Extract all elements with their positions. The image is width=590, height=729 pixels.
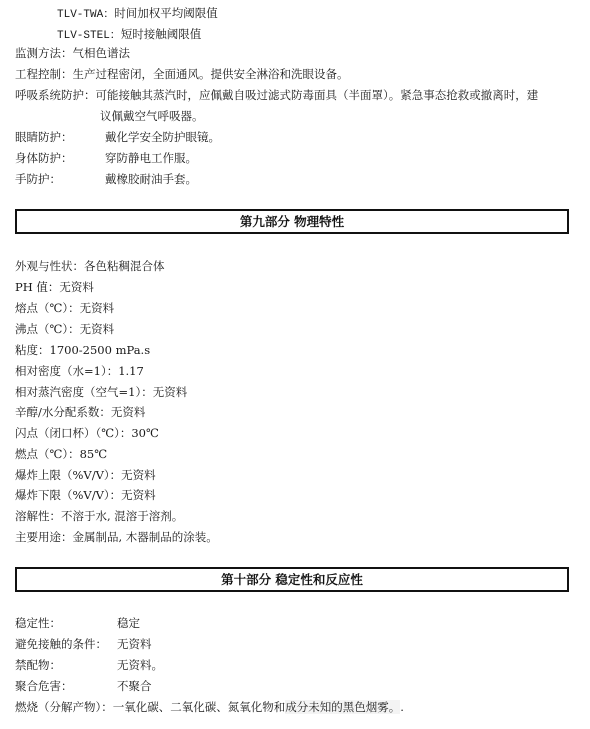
combustion-suffix: .: [400, 700, 404, 714]
property-item: 相对蒸汽密度（空气=1）：无资料: [15, 385, 187, 399]
body-protection-row: 身体防护：穿防静电工作服。: [15, 151, 197, 165]
property-item: 爆炸上限（%V/V）：无资料: [15, 468, 156, 482]
property-item: 闪点（闭口杯）（℃）：30℃: [15, 426, 159, 440]
property-item: 溶解性：不溶于水, 混溶于溶剂。: [15, 509, 183, 523]
eye-protection-row: 眼睛防护：戴化学安全防护眼镜。: [15, 130, 220, 144]
respiratory-protection-line1: 呼吸系统防护：可能接触其蒸汽时，应佩戴自吸过滤式防毒面具（半面罩）。紧急事态抢救…: [15, 88, 538, 102]
stability-label: 稳定性：: [15, 616, 117, 630]
avoid-conditions-label: 避免接触的条件：: [15, 637, 117, 651]
polymerization-value: 不聚合: [117, 679, 152, 693]
eye-protection-value: 戴化学安全防护眼镜。: [105, 130, 220, 144]
stability-value: 稳定: [117, 616, 140, 630]
property-item: PH 值：无资料: [15, 280, 94, 294]
tlv-stel-value: 短时接触阈限值: [121, 27, 202, 41]
polymerization-label: 聚合危害：: [15, 679, 117, 693]
combustion-products-row: 燃烧（分解产物）：一氧化碳、二氧化碳、氮氧化物和成分未知的黑色烟雾。.: [15, 700, 404, 714]
incompatible-row: 禁配物：无资料。: [15, 658, 163, 672]
property-item: 粘度：1700-2500 mPa.s: [15, 343, 150, 357]
body-protection-value: 穿防静电工作服。: [105, 151, 197, 165]
property-item: 熔点（℃）：无资料: [15, 301, 114, 315]
property-item: 辛醇/水分配系数：无资料: [15, 405, 145, 419]
tlv-twa-label: TLV-TWA：: [57, 9, 114, 21]
property-item: 沸点（℃）：无资料: [15, 322, 114, 336]
tlv-twa-row: TLV-TWA：时间加权平均阈限值: [57, 6, 218, 22]
tlv-stel-row: TLV-STEL：短时接触阈限值: [57, 27, 201, 43]
property-item: 主要用途：金属制品, 木器制品的涂装。: [15, 530, 218, 544]
property-item: 相对密度（水=1）：1.17: [15, 364, 144, 378]
incompatible-label: 禁配物：: [15, 658, 117, 672]
section10-header: 第十部分 稳定性和反应性: [15, 567, 569, 592]
avoid-conditions-value: 无资料: [117, 637, 152, 651]
property-item: 外观与性状：各色粘稠混合体: [15, 259, 165, 273]
respiratory-protection-line2: 议佩戴空气呼吸器。: [100, 109, 204, 123]
tlv-stel-label: TLV-STEL：: [57, 30, 121, 42]
stability-row: 稳定性：稳定: [15, 616, 140, 630]
property-item: 燃点（℃）：85℃: [15, 447, 107, 461]
hand-protection-value: 戴橡胶耐油手套。: [105, 172, 197, 186]
combustion-highlight: 成分未知的黑色烟雾。: [285, 700, 400, 714]
eye-protection-label: 眼睛防护：: [15, 130, 105, 144]
hand-protection-label: 手防护：: [15, 172, 105, 186]
body-protection-label: 身体防护：: [15, 151, 105, 165]
hand-protection-row: 手防护：戴橡胶耐油手套。: [15, 172, 197, 186]
property-item: 爆炸下限（%V/V）：无资料: [15, 488, 156, 502]
monitoring-method: 监测方法：气相色谱法: [15, 46, 130, 60]
polymerization-row: 聚合危害：不聚合: [15, 679, 152, 693]
section9-header: 第九部分 物理特性: [15, 209, 569, 234]
incompatible-value: 无资料。: [117, 658, 163, 672]
engineering-control: 工程控制：生产过程密闭，全面通风。提供安全淋浴和洗眼设备。: [15, 67, 349, 81]
avoid-conditions-row: 避免接触的条件：无资料: [15, 637, 152, 651]
tlv-twa-value: 时间加权平均阈限值: [114, 6, 218, 20]
combustion-prefix: 燃烧（分解产物）：一氧化碳、二氧化碳、氮氧化物和: [15, 700, 285, 714]
